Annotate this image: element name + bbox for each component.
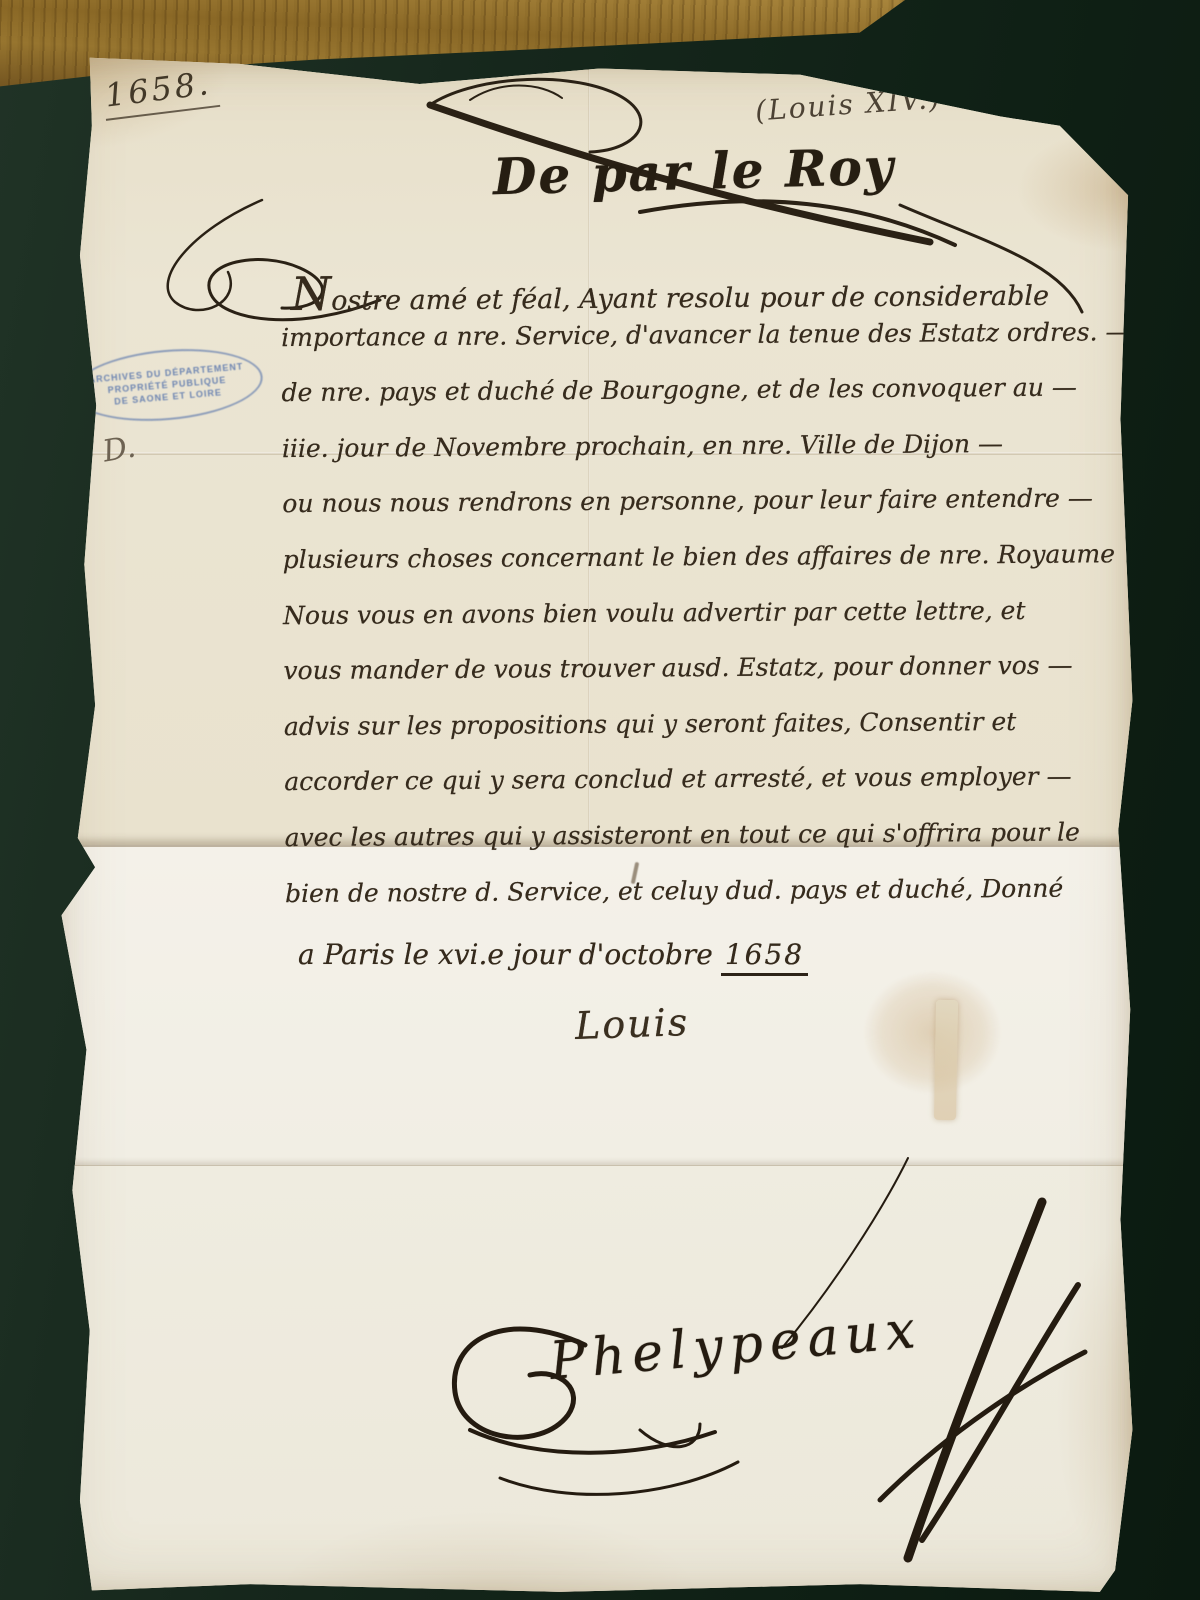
pencil-margin-mark: D. [100,429,138,469]
date-text: a Paris le xvi.e jour d'octobre [298,938,713,971]
letter-line: Nostre amé et féal, Ayant resolu pour de… [281,261,1161,323]
letter-heading: De par le Roy [492,137,895,206]
letter-line: iiie. jour de Novembre prochain, en nre.… [282,428,1162,490]
letter-line: Nous vous en avons bien voulu advertir p… [283,594,1163,656]
document-photo: 1658. (Louis XIV.) De par le Roy ARCHIVE… [0,0,1200,1600]
letter-line: de nre. pays et duché de Bourgogne, et d… [281,372,1161,434]
letter-line: plusieurs choses concernant le bien des … [283,539,1163,601]
date-year-underlined: 1658 [721,938,808,976]
letter-line: avec les autres qui y assisteront en tou… [285,817,1165,879]
letter-line: vous mander de vous trouver ausd. Estatz… [283,650,1163,712]
letter-line: advis sur les propositions qui y seront … [284,706,1164,768]
letter-line: accorder ce qui y sera conclud et arrest… [284,761,1164,823]
manuscript-paper: 1658. (Louis XIV.) De par le Roy ARCHIVE… [55,50,1140,1595]
letter-body: Nostre amé et féal, Ayant resolu pour de… [281,261,1166,934]
letter-line: ou nous nous rendrons en personne, pour … [282,483,1162,545]
seal-stain-mark [934,1000,958,1120]
seal-stain [840,950,1025,1115]
letter-line: importance a nre. Service, d'avancer la … [281,317,1161,379]
date-line: a Paris le xvi.e jour d'octobre1658 [298,938,808,976]
king-signature: Louis [574,1000,690,1048]
letter-line: bien de nostre d. Service, et celuy dud.… [285,872,1165,934]
